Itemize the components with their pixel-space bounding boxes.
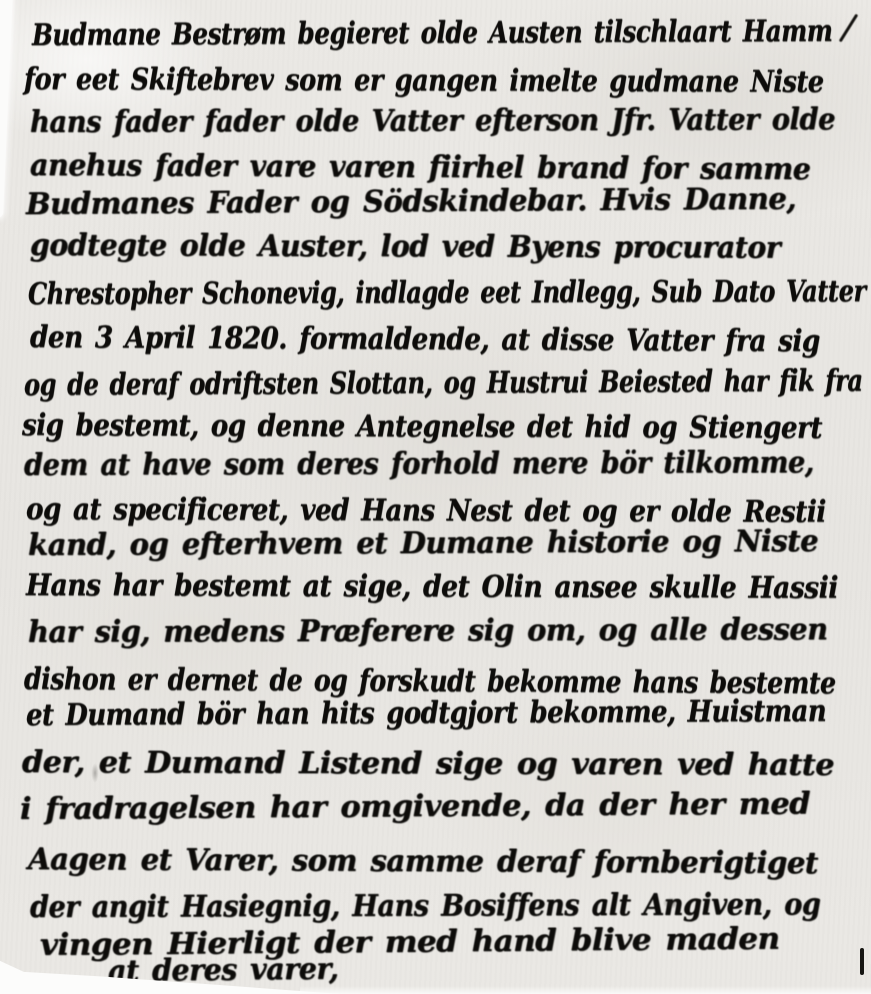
manuscript-line: Budmane Bestrøm begieret olde Austen til…	[32, 12, 833, 56]
manuscript-line: har sig, medens Præferere sig om, og all…	[28, 610, 828, 653]
manuscript-page: Budmane Bestrøm begieret olde Austen til…	[0, 0, 871, 994]
paper-tear-bottom-strip	[300, 986, 871, 994]
manuscript-line: og de deraf odriftsten Slottan, og Hustr…	[24, 362, 863, 406]
manuscript-line: Budmanes Fader og Södskindebar. Hvis Dan…	[26, 180, 796, 225]
pen-stroke-top-right-icon	[839, 14, 859, 43]
ink-smudge	[660, 895, 682, 911]
manuscript-line: et Dumand bör han hits godtgjort bekomme…	[26, 692, 826, 736]
ink-mark-bottom-right-icon	[860, 948, 864, 975]
ink-smudge	[90, 760, 100, 786]
manuscript-line: Chrestopher Schonevig, indlagde eet Indl…	[28, 272, 866, 315]
manuscript-line: Aagen et Varer, som samme deraf fornberi…	[28, 840, 818, 884]
scan-edge-sliver-left	[0, 0, 13, 218]
manuscript-line: godtegte olde Auster, lod ved Byens proc…	[30, 226, 780, 269]
manuscript-line: der, et Dumand Listend sige og varen ved…	[22, 743, 834, 786]
manuscript-line: sig bestemt, og denne Antegnelse det hid…	[22, 406, 822, 449]
manuscript-line: i fradragelsen har omgivende, da der her…	[20, 784, 810, 830]
manuscript-line: for eet Skiftebrev som er gangen imelte …	[24, 60, 824, 103]
manuscript-line: kand, og efterhvem et Dumane historie og…	[28, 522, 818, 566]
manuscript-line: Hans har bestemt at sige, det Olin ansee…	[26, 566, 838, 609]
manuscript-line: dem at have som deres forhold mere bör t…	[24, 443, 814, 486]
manuscript-line: den 3 April 1820. formaldende, at disse …	[30, 318, 820, 362]
manuscript-line: hans fader fader olde Vatter efterson Jf…	[30, 100, 835, 143]
